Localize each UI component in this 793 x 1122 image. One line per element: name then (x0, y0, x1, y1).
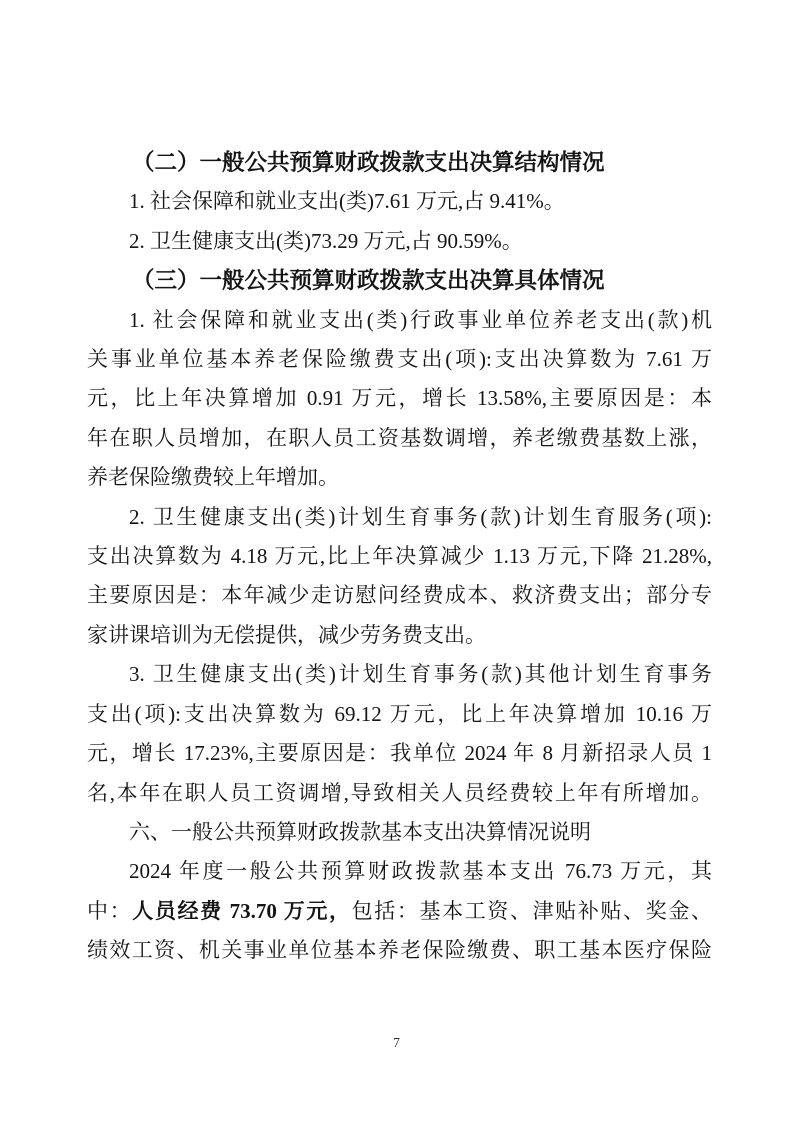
section-2-item-2: 2. 卫生健康支出(类)73.29 万元,占 90.59%。 (87, 222, 712, 261)
paragraph-line: 名,本年在职人员工资调增,导致相关人员经费较上年有所增加。 (87, 774, 712, 813)
paragraph-line: 支出(项):支出决算数为 69.12 万元，比上年决算增加 10.16 万 (87, 695, 712, 734)
bold-text-run: 人员经费 73.70 万元， (132, 899, 351, 923)
paragraph-line: 3. 卫生健康支出(类)计划生育事务(款)其他计划生育事务 (87, 655, 712, 694)
document-page: （二）一般公共预算财政拨款支出决算结构情况 1. 社会保障和就业支出(类)7.6… (0, 0, 793, 1122)
paragraph-line: 家讲课培训为无偿提供，减少劳务费支出。 (87, 616, 712, 655)
paragraph-line: 2024 年度一般公共预算财政拨款基本支出 76.73 万元，其 (87, 852, 712, 891)
document-content: （二）一般公共预算财政拨款支出决算结构情况 1. 社会保障和就业支出(类)7.6… (87, 143, 712, 971)
section-3-heading: （三）一般公共预算财政拨款支出决算具体情况 (87, 261, 712, 300)
paragraph-line: 1. 社会保障和就业支出(类)行政事业单位养老支出(款)机 (87, 301, 712, 340)
paragraph-line: 中：人员经费 73.70 万元，包括：基本工资、津贴补贴、奖金、 (87, 892, 712, 931)
paragraph-line: 养老保险缴费较上年增加。 (87, 458, 712, 497)
paragraph-line: 主要原因是：本年减少走访慰问经费成本、救济费支出；部分专 (87, 576, 712, 615)
text-run: 包括：基本工资、津贴补贴、奖金、 (352, 899, 712, 923)
paragraph-line: 元，增长 17.23%,主要原因是：我单位 2024 年 8 月新招录人员 1 (87, 734, 712, 773)
text-run: 中： (87, 899, 132, 923)
section-6-heading: 六、一般公共预算财政拨款基本支出决算情况说明 (87, 813, 712, 852)
paragraph-line: 支出决算数为 4.18 万元,比上年决算减少 1.13 万元,下降 21.28%… (87, 537, 712, 576)
section-2-heading: （二）一般公共预算财政拨款支出决算结构情况 (87, 143, 712, 182)
paragraph-line: 元，比上年决算增加 0.91 万元，增长 13.58%,主要原因是：本 (87, 379, 712, 418)
paragraph-line: 关事业单位基本养老保险缴费支出(项):支出决算数为 7.61 万 (87, 340, 712, 379)
page-number: 7 (0, 1033, 793, 1053)
paragraph-line: 年在职人员增加，在职人员工资基数调增，养老缴费基数上涨， (87, 419, 712, 458)
section-2-item-1: 1. 社会保障和就业支出(类)7.61 万元,占 9.41%。 (87, 182, 712, 221)
paragraph-line: 2. 卫生健康支出(类)计划生育事务(款)计划生育服务(项): (87, 498, 712, 537)
paragraph-line: 绩效工资、机关事业单位基本养老保险缴费、职工基本医疗保险 (87, 931, 712, 970)
